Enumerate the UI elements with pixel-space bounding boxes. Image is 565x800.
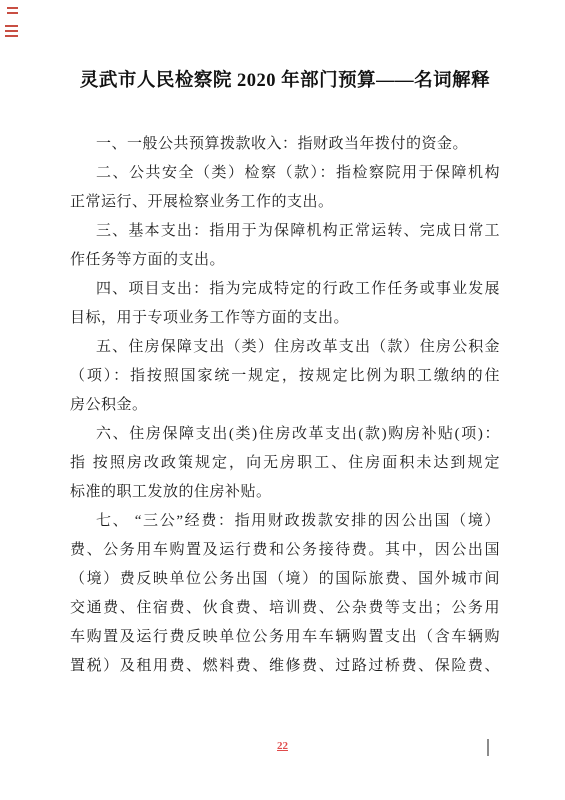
paragraph-3-line: 三、基本支出：指用于为保障机构正常运转、完成日常工 [70,217,500,246]
paragraph-7-line: 费、公务用车购置及运行费和公务接待费。其中，因公出国 [70,536,500,565]
red-edit-marks-icon [5,25,18,38]
paragraph-4-line: 四、项目支出：指为完成特定的行政工作任务或事业发展 [70,275,500,304]
paragraph-5-line: （项）：指按照国家统一规定，按规定比例为职工缴纳的住 [70,362,500,391]
paragraph-1-line: 一、一般公共预算拨款收入：指财政当年拨付的资金。 [70,130,500,159]
text-cursor-icon [487,739,489,756]
paragraph-6-line: 六、住房保障支出(类)住房改革支出(款)购房补贴(项)： [70,420,500,449]
paragraph-2-line: 二、公共安全（类）检察（款）：指检察院用于保障机构 [70,159,500,188]
page-title: 灵武市人民检察院 2020 年部门预算——名词解释 [70,66,500,92]
paragraph-7-line: 交通费、住宿费、伙食费、培训费、公杂费等支出；公务用 [70,594,500,623]
paragraph-2-line: 正常运行、开展检察业务工作的支出。 [70,188,500,217]
paragraph-3-line: 作任务等方面的支出。 [70,246,500,275]
page-number: 22 [0,740,565,752]
paragraph-5-line: 五、住房保障支出（类）住房改革支出（款）住房公积金 [70,333,500,362]
paragraph-7-line: 车购置及运行费反映单位公务用车车辆购置支出（含车辆购 [70,623,500,652]
red-edit-marks-icon [7,7,18,15]
paragraph-6-line: 标准的职工发放的住房补贴。 [70,478,500,507]
paragraph-7-line: 七、 “三公”经费：指用财政拨款安排的因公出国（境） [70,507,500,536]
paragraph-5-line: 房公积金。 [70,391,500,420]
paragraph-7-line: 置税）及租用费、燃料费、维修费、过路过桥费、保险费、 [70,652,500,681]
document-page: 灵武市人民检察院 2020 年部门预算——名词解释 一、一般公共预算拨款收入：指… [0,0,565,800]
paragraph-6-line: 指 按照房改政策规定，向无房职工、住房面积未达到规定 [70,449,500,478]
paragraph-7-line: （境）费反映单位公务出国（境）的国际旅费、国外城市间 [70,565,500,594]
paragraph-4-line: 目标，用于专项业务工作等方面的支出。 [70,304,500,333]
document-body: 一、一般公共预算拨款收入：指财政当年拨付的资金。 二、公共安全（类）检察（款）：… [70,130,500,681]
